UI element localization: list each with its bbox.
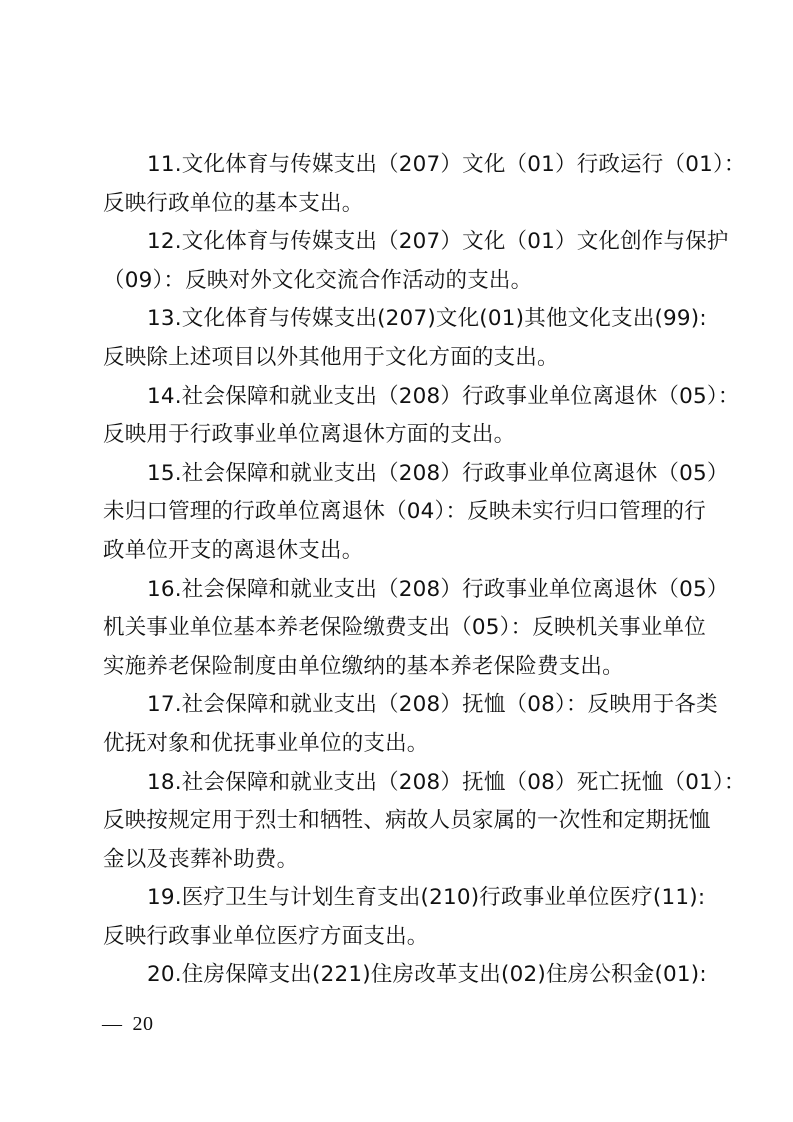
paragraph-line: 14.社会保障和就业支出（208）行政事业单位离退休（05）：	[103, 378, 683, 417]
paragraph-line: （09）：反映对外文化交流合作活动的支出。	[103, 262, 683, 301]
page-number-dash: —	[102, 1013, 123, 1036]
paragraph-16: 16.社会保障和就业支出（208）行政事业单位离退休（05） 机关事业单位基本养…	[103, 571, 683, 687]
paragraph-line: 20.住房保障支出(221)住房改革支出(02)住房公积金(01):	[103, 956, 683, 995]
paragraph-line: 反映按规定用于烈士和牺牲、病故人员家属的一次性和定期抚恤	[103, 802, 683, 841]
paragraph-line: 实施养老保险制度由单位缴纳的基本养老保险费支出。	[103, 648, 683, 687]
paragraph-19: 19.医疗卫生与计划生育支出(210)行政事业单位医疗(11): 反映行政事业单…	[103, 879, 683, 956]
paragraph-line: 17.社会保障和就业支出（208）抚恤（08）：反映用于各类	[103, 686, 683, 725]
paragraph-line: 12.文化体育与传媒支出（207）文化（01）文化创作与保护	[103, 223, 683, 262]
paragraph-line: 反映行政单位的基本支出。	[103, 185, 683, 224]
paragraph-line: 反映除上述项目以外其他用于文化方面的支出。	[103, 339, 683, 378]
paragraph-line: 未归口管理的行政单位离退休（04）：反映未实行归口管理的行	[103, 493, 683, 532]
paragraph-line: 19.医疗卫生与计划生育支出(210)行政事业单位医疗(11):	[103, 879, 683, 918]
paragraph-14: 14.社会保障和就业支出（208）行政事业单位离退休（05）： 反映用于行政事业…	[103, 378, 683, 455]
paragraph-18: 18.社会保障和就业支出（208）抚恤（08）死亡抚恤（01）： 反映按规定用于…	[103, 764, 683, 880]
paragraph-line: 13.文化体育与传媒支出(207)文化(01)其他文化支出(99):	[103, 300, 683, 339]
page-number-value: 20	[133, 1013, 154, 1035]
paragraph-20: 20.住房保障支出(221)住房改革支出(02)住房公积金(01):	[103, 956, 683, 995]
paragraph-11: 11.文化体育与传媒支出（207）文化（01）行政运行（01）： 反映行政单位的…	[103, 146, 683, 223]
paragraph-line: 金以及丧葬补助费。	[103, 841, 683, 880]
paragraph-15: 15.社会保障和就业支出（208）行政事业单位离退休（05） 未归口管理的行政单…	[103, 455, 683, 571]
paragraph-line: 16.社会保障和就业支出（208）行政事业单位离退休（05）	[103, 571, 683, 610]
page-number: —20	[102, 1013, 154, 1036]
document-body: 11.文化体育与传媒支出（207）文化（01）行政运行（01）： 反映行政单位的…	[103, 146, 683, 995]
paragraph-line: 机关事业单位基本养老保险缴费支出（05）：反映机关事业单位	[103, 609, 683, 648]
paragraph-17: 17.社会保障和就业支出（208）抚恤（08）：反映用于各类 优抚对象和优抚事业…	[103, 686, 683, 763]
paragraph-line: 反映行政事业单位医疗方面支出。	[103, 918, 683, 957]
paragraph-line: 11.文化体育与传媒支出（207）文化（01）行政运行（01）：	[103, 146, 683, 185]
paragraph-line: 优抚对象和优抚事业单位的支出。	[103, 725, 683, 764]
paragraph-line: 政单位开支的离退休支出。	[103, 532, 683, 571]
paragraph-13: 13.文化体育与传媒支出(207)文化(01)其他文化支出(99): 反映除上述…	[103, 300, 683, 377]
paragraph-line: 15.社会保障和就业支出（208）行政事业单位离退休（05）	[103, 455, 683, 494]
paragraph-12: 12.文化体育与传媒支出（207）文化（01）文化创作与保护 （09）：反映对外…	[103, 223, 683, 300]
paragraph-line: 反映用于行政事业单位离退休方面的支出。	[103, 416, 683, 455]
paragraph-line: 18.社会保障和就业支出（208）抚恤（08）死亡抚恤（01）：	[103, 764, 683, 803]
